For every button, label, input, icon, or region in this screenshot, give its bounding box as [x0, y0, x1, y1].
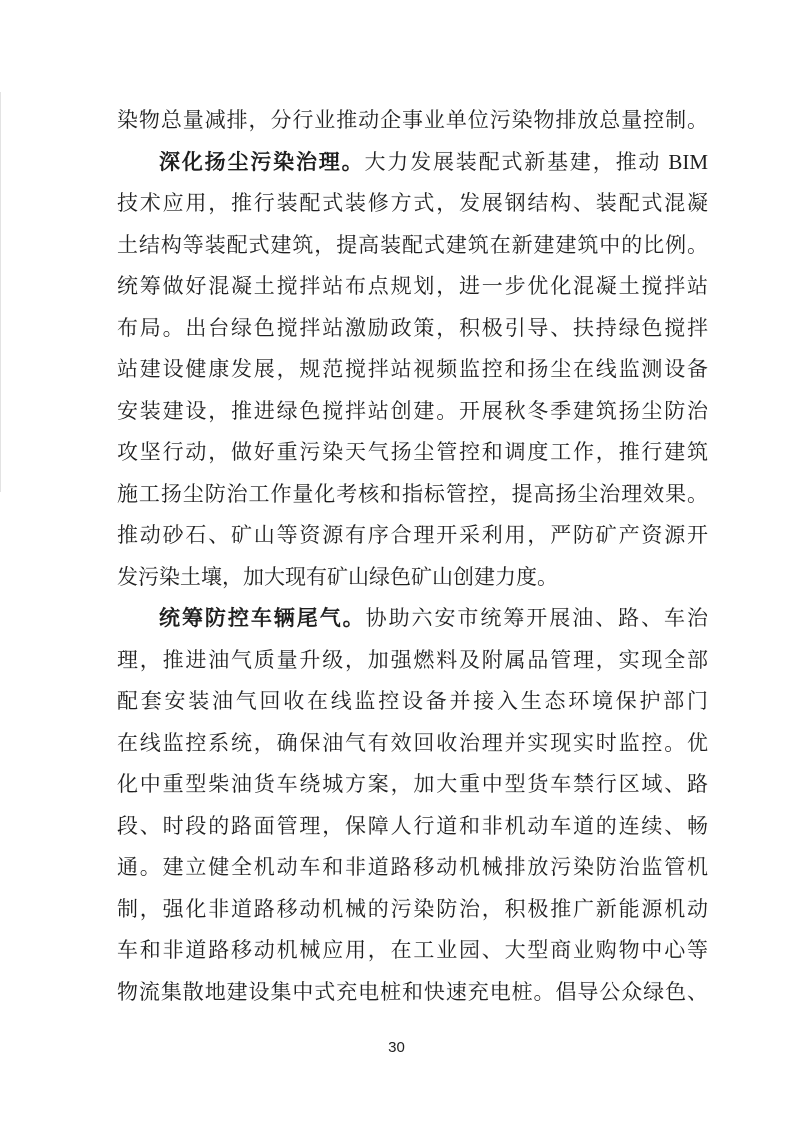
text-segment: 站建设健康发展，规范搅拌站视频监控和扬尘在线监测设备 [117, 357, 708, 381]
text-segment: 技术应用，推行装配式装修方式，发展钢结构、装配式混凝 [117, 191, 708, 215]
page-footer: 30 [0, 1039, 793, 1057]
text-line: 安装建设，推进绿色搅拌站创建。开展秋冬季建筑扬尘防治 [117, 391, 708, 433]
text-line: 发污染土壤，加大现有矿山绿色矿山创建力度。 [117, 557, 708, 599]
text-line: 推动砂石、矿山等资源有序合理开采利用，严防矿产资源开 [117, 515, 708, 557]
text-segment: 土结构等装配式建筑，提高装配式建筑在新建建筑中的比例。 [117, 233, 708, 257]
text-line: 物流集散地建设集中式充电桩和快速充电桩。倡导公众绿色、 [117, 972, 708, 1014]
text-line: 站建设健康发展，规范搅拌站视频监控和扬尘在线监测设备 [117, 349, 708, 391]
text-segment: 布局。出台绿色搅拌站激励政策，积极引导、扶持绿色搅拌 [117, 316, 708, 340]
text-segment: 化中重型柴油货车绕城方案，加大重中型货车禁行区域、路 [117, 772, 708, 796]
paragraph-heading: 统筹防控车辆尾气。 [159, 606, 366, 630]
text-line: 理，推进油气质量升级，加强燃料及附属品管理，实现全部 [117, 640, 708, 682]
text-line: 制，强化非道路移动机械的污染防治，积极推广新能源机动 [117, 889, 708, 931]
text-line: 技术应用，推行装配式装修方式，发展钢结构、装配式混凝 [117, 183, 708, 225]
paragraph-heading: 深化扬尘污染治理。 [159, 150, 364, 174]
text-line: 土结构等装配式建筑，提高装配式建筑在新建建筑中的比例。 [117, 225, 708, 267]
text-segment: 染物总量减排，分行业推动企事业单位污染物排放总量控制。 [117, 108, 708, 132]
text-line: 施工扬尘防治工作量化考核和指标管控，提高扬尘治理效果。 [117, 474, 708, 516]
text-line: 深化扬尘污染治理。大力发展装配式新基建，推动 BIM [117, 142, 708, 184]
text-segment: 协助六安市统筹开展油、路、车治 [366, 606, 708, 630]
text-segment: 发污染土壤，加大现有矿山绿色矿山创建力度。 [117, 565, 558, 589]
text-line: 通。建立健全机动车和非道路移动机械排放污染防治监管机 [117, 847, 708, 889]
text-segment: 理，推进油气质量升级，加强燃料及附属品管理，实现全部 [117, 648, 708, 672]
text-segment: 统筹做好混凝土搅拌站布点规划，进一步优化混凝土搅拌站 [117, 274, 708, 298]
text-line: 在线监控系统，确保油气有效回收治理并实现实时监控。优 [117, 723, 708, 765]
text-line: 布局。出台绿色搅拌站激励政策，积极引导、扶持绿色搅拌 [117, 308, 708, 350]
text-segment: 段、时段的路面管理，保障人行道和非机动车道的连续、畅 [117, 814, 708, 838]
text-line: 化中重型柴油货车绕城方案，加大重中型货车禁行区域、路 [117, 764, 708, 806]
document-body: 染物总量减排，分行业推动企事业单位污染物排放总量控制。深化扬尘污染治理。大力发展… [117, 100, 708, 1013]
text-segment: 大力发展装配式新基建，推动 BIM [364, 150, 708, 174]
text-segment: 施工扬尘防治工作量化考核和指标管控，提高扬尘治理效果。 [117, 482, 708, 506]
text-segment: 安装建设，推进绿色搅拌站创建。开展秋冬季建筑扬尘防治 [117, 399, 708, 423]
text-line: 攻坚行动，做好重污染天气扬尘管控和调度工作，推行建筑 [117, 432, 708, 474]
text-segment: 配套安装油气回收在线监控设备并接入生态环境保护部门 [117, 689, 708, 713]
text-line: 染物总量减排，分行业推动企事业单位污染物排放总量控制。 [117, 100, 708, 142]
text-line: 统筹做好混凝土搅拌站布点规划，进一步优化混凝土搅拌站 [117, 266, 708, 308]
scan-edge-artifact [0, 92, 1, 492]
text-line: 配套安装油气回收在线监控设备并接入生态环境保护部门 [117, 681, 708, 723]
document-page: 染物总量减排，分行业推动企事业单位污染物排放总量控制。深化扬尘污染治理。大力发展… [0, 0, 793, 1122]
text-line: 段、时段的路面管理，保障人行道和非机动车道的连续、畅 [117, 806, 708, 848]
page-number-label: 30 [388, 1039, 405, 1056]
text-segment: 在线监控系统，确保油气有效回收治理并实现实时监控。优 [117, 731, 708, 755]
text-segment: 攻坚行动，做好重污染天气扬尘管控和调度工作，推行建筑 [117, 440, 708, 464]
text-segment: 制，强化非道路移动机械的污染防治，积极推广新能源机动 [117, 897, 708, 921]
text-segment: 推动砂石、矿山等资源有序合理开采利用，严防矿产资源开 [117, 523, 708, 547]
text-segment: 通。建立健全机动车和非道路移动机械排放污染防治监管机 [117, 855, 708, 879]
text-segment: 物流集散地建设集中式充电桩和快速充电桩。倡导公众绿色、 [117, 980, 708, 1004]
text-line: 车和非道路移动机械应用，在工业园、大型商业购物中心等 [117, 930, 708, 972]
text-segment: 车和非道路移动机械应用，在工业园、大型商业购物中心等 [117, 938, 708, 962]
text-line: 统筹防控车辆尾气。协助六安市统筹开展油、路、车治 [117, 598, 708, 640]
